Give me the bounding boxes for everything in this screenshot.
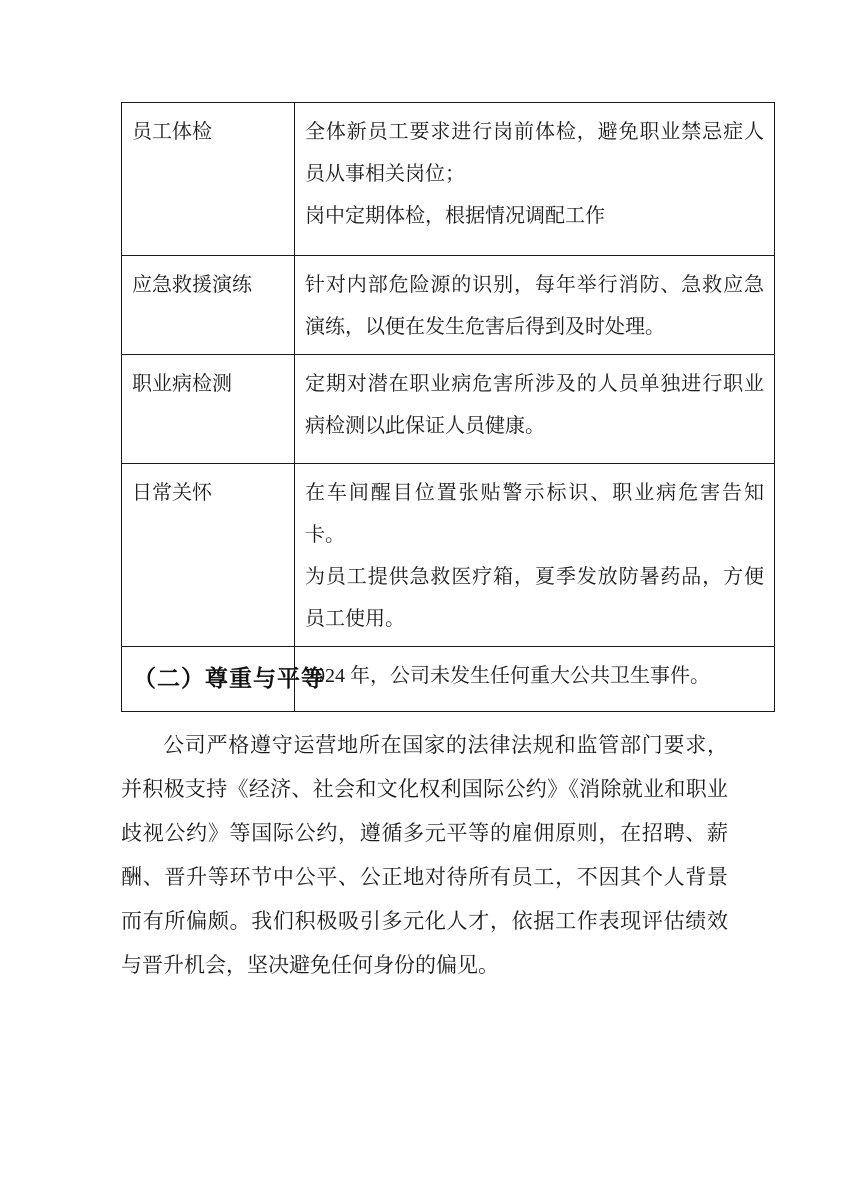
row-content-cell: 2024 年，公司未发生任何重大公共卫生事件。 <box>295 647 775 712</box>
row-label-cell: 员工体检 <box>122 103 295 256</box>
cell-paragraph: 全体新员工要求进行岗前体检，避免职业禁忌症人员从事相关岗位； <box>305 111 764 195</box>
row-content-cell: 定期对潜在职业病危害所涉及的人员单独进行职业病检测以此保证人员健康。 <box>295 355 775 464</box>
cell-paragraph: 定期对潜在职业病危害所涉及的人员单独进行职业病检测以此保证人员健康。 <box>305 363 764 447</box>
body-paragraph: 公司严格遵守运营地所在国家的法律法规和监管部门要求，并积极支持《经济、社会和文化… <box>121 723 728 987</box>
row-content-cell: 在车间醒目位置张贴警示标识、职业病危害告知卡。为员工提供急救医疗箱，夏季发放防暑… <box>295 464 775 647</box>
row-content-cell: 全体新员工要求进行岗前体检，避免职业禁忌症人员从事相关岗位；岗中定期体检，根据情… <box>295 103 775 256</box>
cell-paragraph: 为员工提供急救医疗箱，夏季发放防暑药品，方便员工使用。 <box>305 556 764 640</box>
table-row: 日常关怀在车间醒目位置张贴警示标识、职业病危害告知卡。为员工提供急救医疗箱，夏季… <box>122 464 775 647</box>
cell-paragraph: 针对内部危险源的识别，每年举行消防、急救应急演练，以便在发生危害后得到及时处理。 <box>305 264 764 348</box>
row-content-cell: 针对内部危险源的识别，每年举行消防、急救应急演练，以便在发生危害后得到及时处理。 <box>295 256 775 355</box>
table-row: 应急救援演练针对内部危险源的识别，每年举行消防、急救应急演练，以便在发生危害后得… <box>122 256 775 355</box>
health-measures-table: 员工体检全体新员工要求进行岗前体检，避免职业禁忌症人员从事相关岗位；岗中定期体检… <box>121 102 775 712</box>
health-measures-table-body: 员工体检全体新员工要求进行岗前体检，避免职业禁忌症人员从事相关岗位；岗中定期体检… <box>122 103 775 712</box>
document-page: 员工体检全体新员工要求进行岗前体检，避免职业禁忌症人员从事相关岗位；岗中定期体检… <box>0 0 848 1200</box>
row-label-cell: 日常关怀 <box>122 464 295 647</box>
cell-paragraph: 在车间醒目位置张贴警示标识、职业病危害告知卡。 <box>305 472 764 556</box>
cell-paragraph: 岗中定期体检，根据情况调配工作 <box>305 195 764 237</box>
section-heading: （二）尊重与平等 <box>133 662 325 694</box>
row-label-cell: 应急救援演练 <box>122 256 295 355</box>
table-row: 员工体检全体新员工要求进行岗前体检，避免职业禁忌症人员从事相关岗位；岗中定期体检… <box>122 103 775 256</box>
row-label-cell: 职业病检测 <box>122 355 295 464</box>
cell-paragraph: 2024 年，公司未发生任何重大公共卫生事件。 <box>305 655 764 697</box>
table-row: 职业病检测定期对潜在职业病危害所涉及的人员单独进行职业病检测以此保证人员健康。 <box>122 355 775 464</box>
